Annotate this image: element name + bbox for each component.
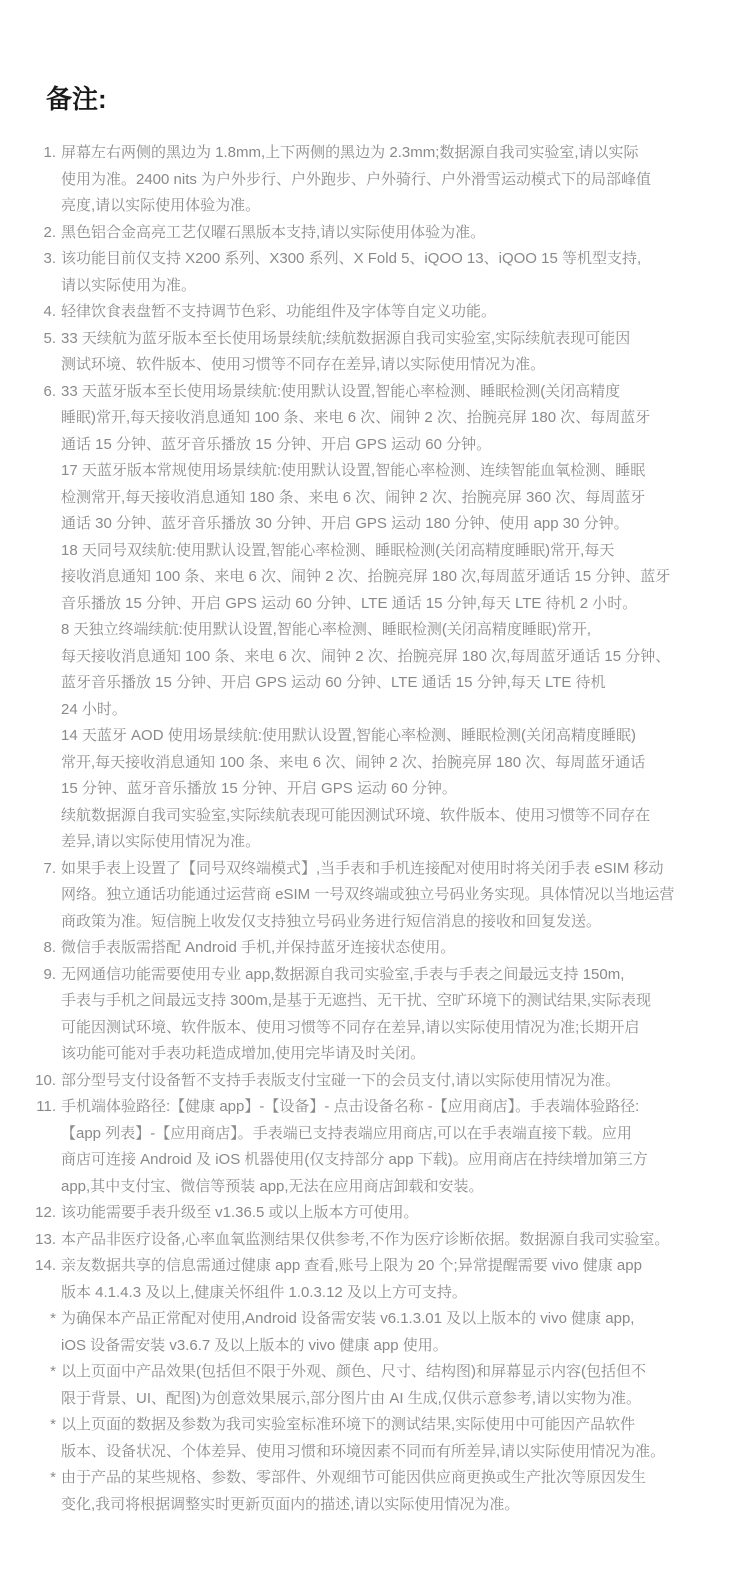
- note-item-10: 10. 部分型号支付设备暂不支持手表版支付宝碰一下的会员支付,请以实际使用情况为…: [30, 1068, 714, 1095]
- footnote-asterisk: *: [30, 1465, 61, 1492]
- note-item-7: 7. 如果手表上设置了【同号双终端模式】,当手表和手机连接配对使用时将关闭手表 …: [30, 856, 714, 936]
- footnote-item-1: * 为确保本产品正常配对使用,Android 设备需安装 v6.1.3.01 及…: [30, 1306, 714, 1359]
- note-text: 黑色铝合金高亮工艺仅曜石黑版本支持,请以实际使用体验为准。: [61, 220, 714, 247]
- notes-page: 备注: 1. 屏幕左右两侧的黑边为 1.8mm,上下两侧的黑边为 2.3mm;数…: [0, 0, 750, 1595]
- note-item-4: 4. 轻律饮食表盘暂不支持调节色彩、功能组件及字体等自定义功能。: [30, 299, 714, 326]
- note-text: 该功能目前仅支持 X200 系列、X300 系列、X Fold 5、iQOO 1…: [61, 246, 714, 299]
- note-number: 6.: [30, 379, 61, 406]
- footnote-item-3: * 以上页面的数据及参数为我司实验室标准环境下的测试结果,实际使用中可能因产品软…: [30, 1412, 714, 1465]
- note-item-11: 11. 手机端体验路径:【健康 app】-【设备】- 点击设备名称 -【应用商店…: [30, 1094, 714, 1200]
- note-text: 33 天续航为蓝牙版本至长使用场景续航;续航数据源自我司实验室,实际续航表现可能…: [61, 326, 714, 379]
- note-number: 1.: [30, 140, 61, 167]
- page-title: 备注:: [46, 82, 714, 116]
- note-number: 7.: [30, 856, 61, 883]
- note-number: 3.: [30, 246, 61, 273]
- note-item-2: 2. 黑色铝合金高亮工艺仅曜石黑版本支持,请以实际使用体验为准。: [30, 220, 714, 247]
- note-text: 手机端体验路径:【健康 app】-【设备】- 点击设备名称 -【应用商店】。手表…: [61, 1094, 714, 1200]
- footnote-text: 由于产品的某些规格、参数、零部件、外观细节可能因供应商更换或生产批次等原因发生 …: [61, 1465, 714, 1518]
- note-text: 本产品非医疗设备,心率血氧监测结果仅供参考,不作为医疗诊断依据。数据源自我司实验…: [61, 1227, 714, 1254]
- footnote-item-2: * 以上页面中产品效果(包括但不限于外观、颜色、尺寸、结构图)和屏幕显示内容(包…: [30, 1359, 714, 1412]
- note-text: 如果手表上设置了【同号双终端模式】,当手表和手机连接配对使用时将关闭手表 eSI…: [61, 856, 714, 936]
- note-item-9: 9. 无网通信功能需要使用专业 app,数据源自我司实验室,手表与手表之间最远支…: [30, 962, 714, 1068]
- note-text: 33 天蓝牙版本至长使用场景续航:使用默认设置,智能心率检测、睡眠检测(关闭高精…: [61, 379, 714, 856]
- note-number: 2.: [30, 220, 61, 247]
- note-number: 10.: [30, 1068, 61, 1095]
- note-text: 屏幕左右两侧的黑边为 1.8mm,上下两侧的黑边为 2.3mm;数据源自我司实验…: [61, 140, 714, 220]
- note-text: 轻律饮食表盘暂不支持调节色彩、功能组件及字体等自定义功能。: [61, 299, 714, 326]
- note-item-6: 6. 33 天蓝牙版本至长使用场景续航:使用默认设置,智能心率检测、睡眠检测(关…: [30, 379, 714, 856]
- note-text: 亲友数据共享的信息需通过健康 app 查看,账号上限为 20 个;异常提醒需要 …: [61, 1253, 714, 1306]
- note-number: 11.: [30, 1094, 61, 1121]
- footnote-asterisk: *: [30, 1412, 61, 1439]
- note-item-3: 3. 该功能目前仅支持 X200 系列、X300 系列、X Fold 5、iQO…: [30, 246, 714, 299]
- footnote-text: 以上页面的数据及参数为我司实验室标准环境下的测试结果,实际使用中可能因产品软件 …: [61, 1412, 714, 1465]
- footnote-asterisk: *: [30, 1359, 61, 1386]
- note-text: 部分型号支付设备暂不支持手表版支付宝碰一下的会员支付,请以实际使用情况为准。: [61, 1068, 714, 1095]
- note-number: 14.: [30, 1253, 61, 1280]
- note-item-8: 8. 微信手表版需搭配 Android 手机,并保持蓝牙连接状态使用。: [30, 935, 714, 962]
- footnote-asterisk: *: [30, 1306, 61, 1333]
- note-number: 5.: [30, 326, 61, 353]
- note-number: 9.: [30, 962, 61, 989]
- note-item-13: 13. 本产品非医疗设备,心率血氧监测结果仅供参考,不作为医疗诊断依据。数据源自…: [30, 1227, 714, 1254]
- note-text: 微信手表版需搭配 Android 手机,并保持蓝牙连接状态使用。: [61, 935, 714, 962]
- note-text: 该功能需要手表升级至 v1.36.5 或以上版本方可使用。: [61, 1200, 714, 1227]
- note-number: 4.: [30, 299, 61, 326]
- footnote-item-4: * 由于产品的某些规格、参数、零部件、外观细节可能因供应商更换或生产批次等原因发…: [30, 1465, 714, 1518]
- note-text: 无网通信功能需要使用专业 app,数据源自我司实验室,手表与手表之间最远支持 1…: [61, 962, 714, 1068]
- note-item-5: 5. 33 天续航为蓝牙版本至长使用场景续航;续航数据源自我司实验室,实际续航表…: [30, 326, 714, 379]
- footnote-text: 为确保本产品正常配对使用,Android 设备需安装 v6.1.3.01 及以上…: [61, 1306, 714, 1359]
- notes-list: 1. 屏幕左右两侧的黑边为 1.8mm,上下两侧的黑边为 2.3mm;数据源自我…: [30, 140, 714, 1306]
- note-number: 13.: [30, 1227, 61, 1254]
- note-item-12: 12. 该功能需要手表升级至 v1.36.5 或以上版本方可使用。: [30, 1200, 714, 1227]
- note-item-1: 1. 屏幕左右两侧的黑边为 1.8mm,上下两侧的黑边为 2.3mm;数据源自我…: [30, 140, 714, 220]
- footnotes-list: * 为确保本产品正常配对使用,Android 设备需安装 v6.1.3.01 及…: [30, 1306, 714, 1518]
- footnote-text: 以上页面中产品效果(包括但不限于外观、颜色、尺寸、结构图)和屏幕显示内容(包括但…: [61, 1359, 714, 1412]
- note-number: 8.: [30, 935, 61, 962]
- note-number: 12.: [30, 1200, 61, 1227]
- note-item-14: 14. 亲友数据共享的信息需通过健康 app 查看,账号上限为 20 个;异常提…: [30, 1253, 714, 1306]
